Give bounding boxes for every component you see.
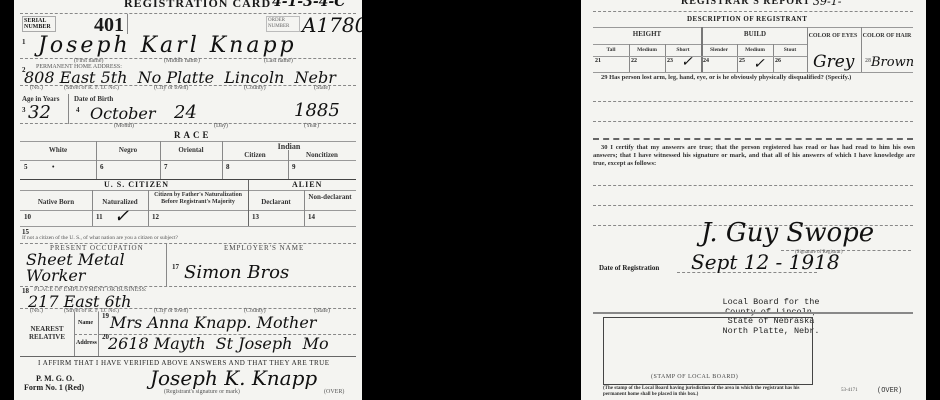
field-number: 9 bbox=[292, 163, 296, 171]
form-number: Form No. 1 (Red) bbox=[24, 383, 84, 392]
height-col-tall: Tall bbox=[593, 47, 629, 53]
field-number: 19 bbox=[102, 312, 109, 320]
build-col-medium: Medium bbox=[737, 47, 773, 53]
field-number: 26 bbox=[775, 58, 781, 64]
registrar-report-title: REGISTRAR'S REPORT bbox=[681, 0, 811, 7]
height-short-check: ✓ bbox=[681, 54, 693, 70]
field-number: 23 bbox=[667, 58, 673, 64]
eye-color-value: Grey bbox=[813, 52, 854, 72]
field15-label: If not a citizen of the U. S., of what n… bbox=[22, 235, 178, 241]
hair-label: COLOR OF HAIR bbox=[861, 33, 913, 40]
registration-card-back: REGISTRAR'S REPORT 39-1- DESCRIPTION OF … bbox=[581, 0, 926, 400]
field-number: 8 bbox=[226, 163, 230, 171]
field-number: 22 bbox=[631, 58, 637, 64]
field-number: 7 bbox=[164, 163, 168, 171]
height-label: HEIGHT bbox=[593, 30, 701, 38]
signature-sub: (Registrant's signature or mark) bbox=[164, 389, 240, 395]
address-sub-street: (Street or R. F. D. No.) bbox=[64, 85, 119, 91]
question-30: 30 I certify that my answers are true; t… bbox=[593, 144, 915, 168]
relative-name-label: Name bbox=[78, 320, 93, 326]
field-number: 5 bbox=[24, 163, 28, 171]
citizen-col-naturalized: Naturalized bbox=[92, 198, 148, 206]
date-of-registration-label: Date of Registration bbox=[599, 264, 659, 272]
citizen-col-father: Citizen by Father's Naturalization Befor… bbox=[148, 192, 248, 206]
name-sub-middle: (Middle name) bbox=[164, 58, 200, 64]
order-number: A1780 bbox=[302, 13, 362, 37]
field-number: 3 bbox=[22, 106, 26, 114]
card-title: REGISTRATION CARD bbox=[124, 0, 271, 11]
employer-value: Simon Bros bbox=[184, 262, 289, 283]
field-number: 21 bbox=[595, 58, 601, 64]
name-sub-last: (Last name) bbox=[264, 58, 293, 64]
address-sub-city: (City or town) bbox=[154, 85, 188, 91]
race-col-noncitizen: Noncitizen bbox=[288, 151, 356, 159]
over-label: (OVER) bbox=[324, 389, 344, 395]
race-title: RACE bbox=[174, 130, 212, 140]
race-col-citizen: Citizen bbox=[222, 151, 288, 159]
race-col-oriental: Oriental bbox=[160, 146, 222, 154]
question-29-text: Has person lost arm, leg, hand, eye, or … bbox=[609, 74, 851, 81]
back-header-handwritten: 39-1- bbox=[813, 0, 841, 8]
alien-title: ALIEN bbox=[292, 180, 322, 189]
dob-year: 1885 bbox=[294, 100, 340, 121]
age-value: 32 bbox=[28, 102, 51, 123]
description-title: DESCRIPTION OF REGISTRANT bbox=[687, 15, 807, 23]
citizen-col-native: Native Born bbox=[20, 198, 92, 206]
question-29: 29 Has person lost arm, leg, hand, eye, … bbox=[593, 74, 913, 82]
relative-name-value: Mrs Anna Knapp. Mother bbox=[110, 313, 316, 332]
naturalized-check: ✓ bbox=[114, 206, 129, 227]
relative-address-label: Address bbox=[76, 340, 97, 346]
race-col-white: White bbox=[20, 146, 96, 154]
date-of-registration-value: Sept 12 - 1918 bbox=[691, 250, 840, 274]
employer-label: EMPLOYER'S NAME bbox=[224, 244, 304, 252]
eyes-label: COLOR OF EYES bbox=[807, 33, 859, 40]
employment-sub-no: (No.) bbox=[30, 308, 43, 314]
nearest-relative-label: NEAREST RELATIVE bbox=[24, 325, 70, 341]
pmgo-label: P. M. G. O. bbox=[36, 374, 74, 383]
registration-card-front: REGISTRATION CARD 4-1-3-4-C SERIAL NUMBE… bbox=[14, 0, 362, 400]
height-col-short: Short bbox=[665, 47, 701, 53]
alien-col-nondeclarant: Non-declarant bbox=[304, 193, 356, 201]
registrant-name: Joseph Karl Knapp bbox=[38, 33, 297, 58]
registrar-signature: J. Guy Swope bbox=[701, 218, 874, 248]
field-number: 24 bbox=[703, 58, 709, 64]
over-label: (OVER) bbox=[877, 387, 902, 395]
field-number: 25 bbox=[739, 58, 745, 64]
address-sub-no: (No.) bbox=[30, 85, 43, 91]
occupation-value: Sheet Metal Worker bbox=[26, 252, 146, 284]
build-medium-check: ✓ bbox=[753, 56, 765, 72]
dob-month: October bbox=[90, 104, 156, 123]
race-col-negro: Negro bbox=[96, 146, 160, 154]
alien-col-declarant: Declarant bbox=[248, 198, 304, 206]
serial-label: SERIAL NUMBER bbox=[22, 16, 56, 32]
height-col-medium: Medium bbox=[629, 47, 665, 53]
dob-sub-day: (Day) bbox=[214, 123, 228, 129]
dob-day: 24 bbox=[174, 102, 197, 123]
field-number: 29 bbox=[601, 74, 608, 81]
stamp-label: (STAMP OF LOCAL BOARD) bbox=[651, 374, 738, 380]
dob-label: Date of Birth bbox=[74, 95, 113, 103]
build-col-stout: Stout bbox=[773, 47, 807, 53]
field-number: 11 bbox=[96, 213, 103, 221]
field-number: 13 bbox=[252, 213, 259, 221]
hair-color-value: Brown bbox=[871, 55, 914, 70]
us-citizen-title: U. S. CITIZEN bbox=[104, 180, 169, 189]
build-col-slender: Slender bbox=[701, 47, 737, 53]
race-white-value: • bbox=[52, 163, 54, 171]
field-number: 12 bbox=[152, 213, 159, 221]
field-number: 1 bbox=[22, 38, 26, 46]
field-number: 17 bbox=[172, 263, 179, 271]
question-30-text: I certify that my answers are true; that… bbox=[593, 144, 915, 167]
field-number: 14 bbox=[308, 213, 315, 221]
stamp-footnote: (The stamp of the Local Board having jur… bbox=[603, 386, 823, 398]
dob-sub-year: (Year) bbox=[304, 123, 319, 129]
dob-sub-month: (Month) bbox=[114, 123, 134, 129]
order-label: ORDER NUMBER bbox=[266, 16, 300, 32]
address-sub-state: (State) bbox=[314, 85, 330, 91]
field-number: 6 bbox=[100, 163, 104, 171]
address-sub-county: (County) bbox=[244, 85, 266, 91]
form-code: 53-4171 bbox=[841, 388, 858, 393]
header-handwritten-code: 4-1-3-4-C bbox=[272, 0, 345, 10]
field-number: 10 bbox=[24, 213, 31, 221]
field-number: 4 bbox=[76, 106, 80, 114]
relative-address-value: 2618 Mayth St Joseph Mo bbox=[108, 334, 329, 353]
registrant-signature: Joseph K. Knapp bbox=[150, 366, 317, 390]
field-number: 30 bbox=[601, 144, 608, 151]
build-label: BUILD bbox=[703, 30, 807, 38]
race-col-indian: Indian bbox=[222, 142, 356, 151]
